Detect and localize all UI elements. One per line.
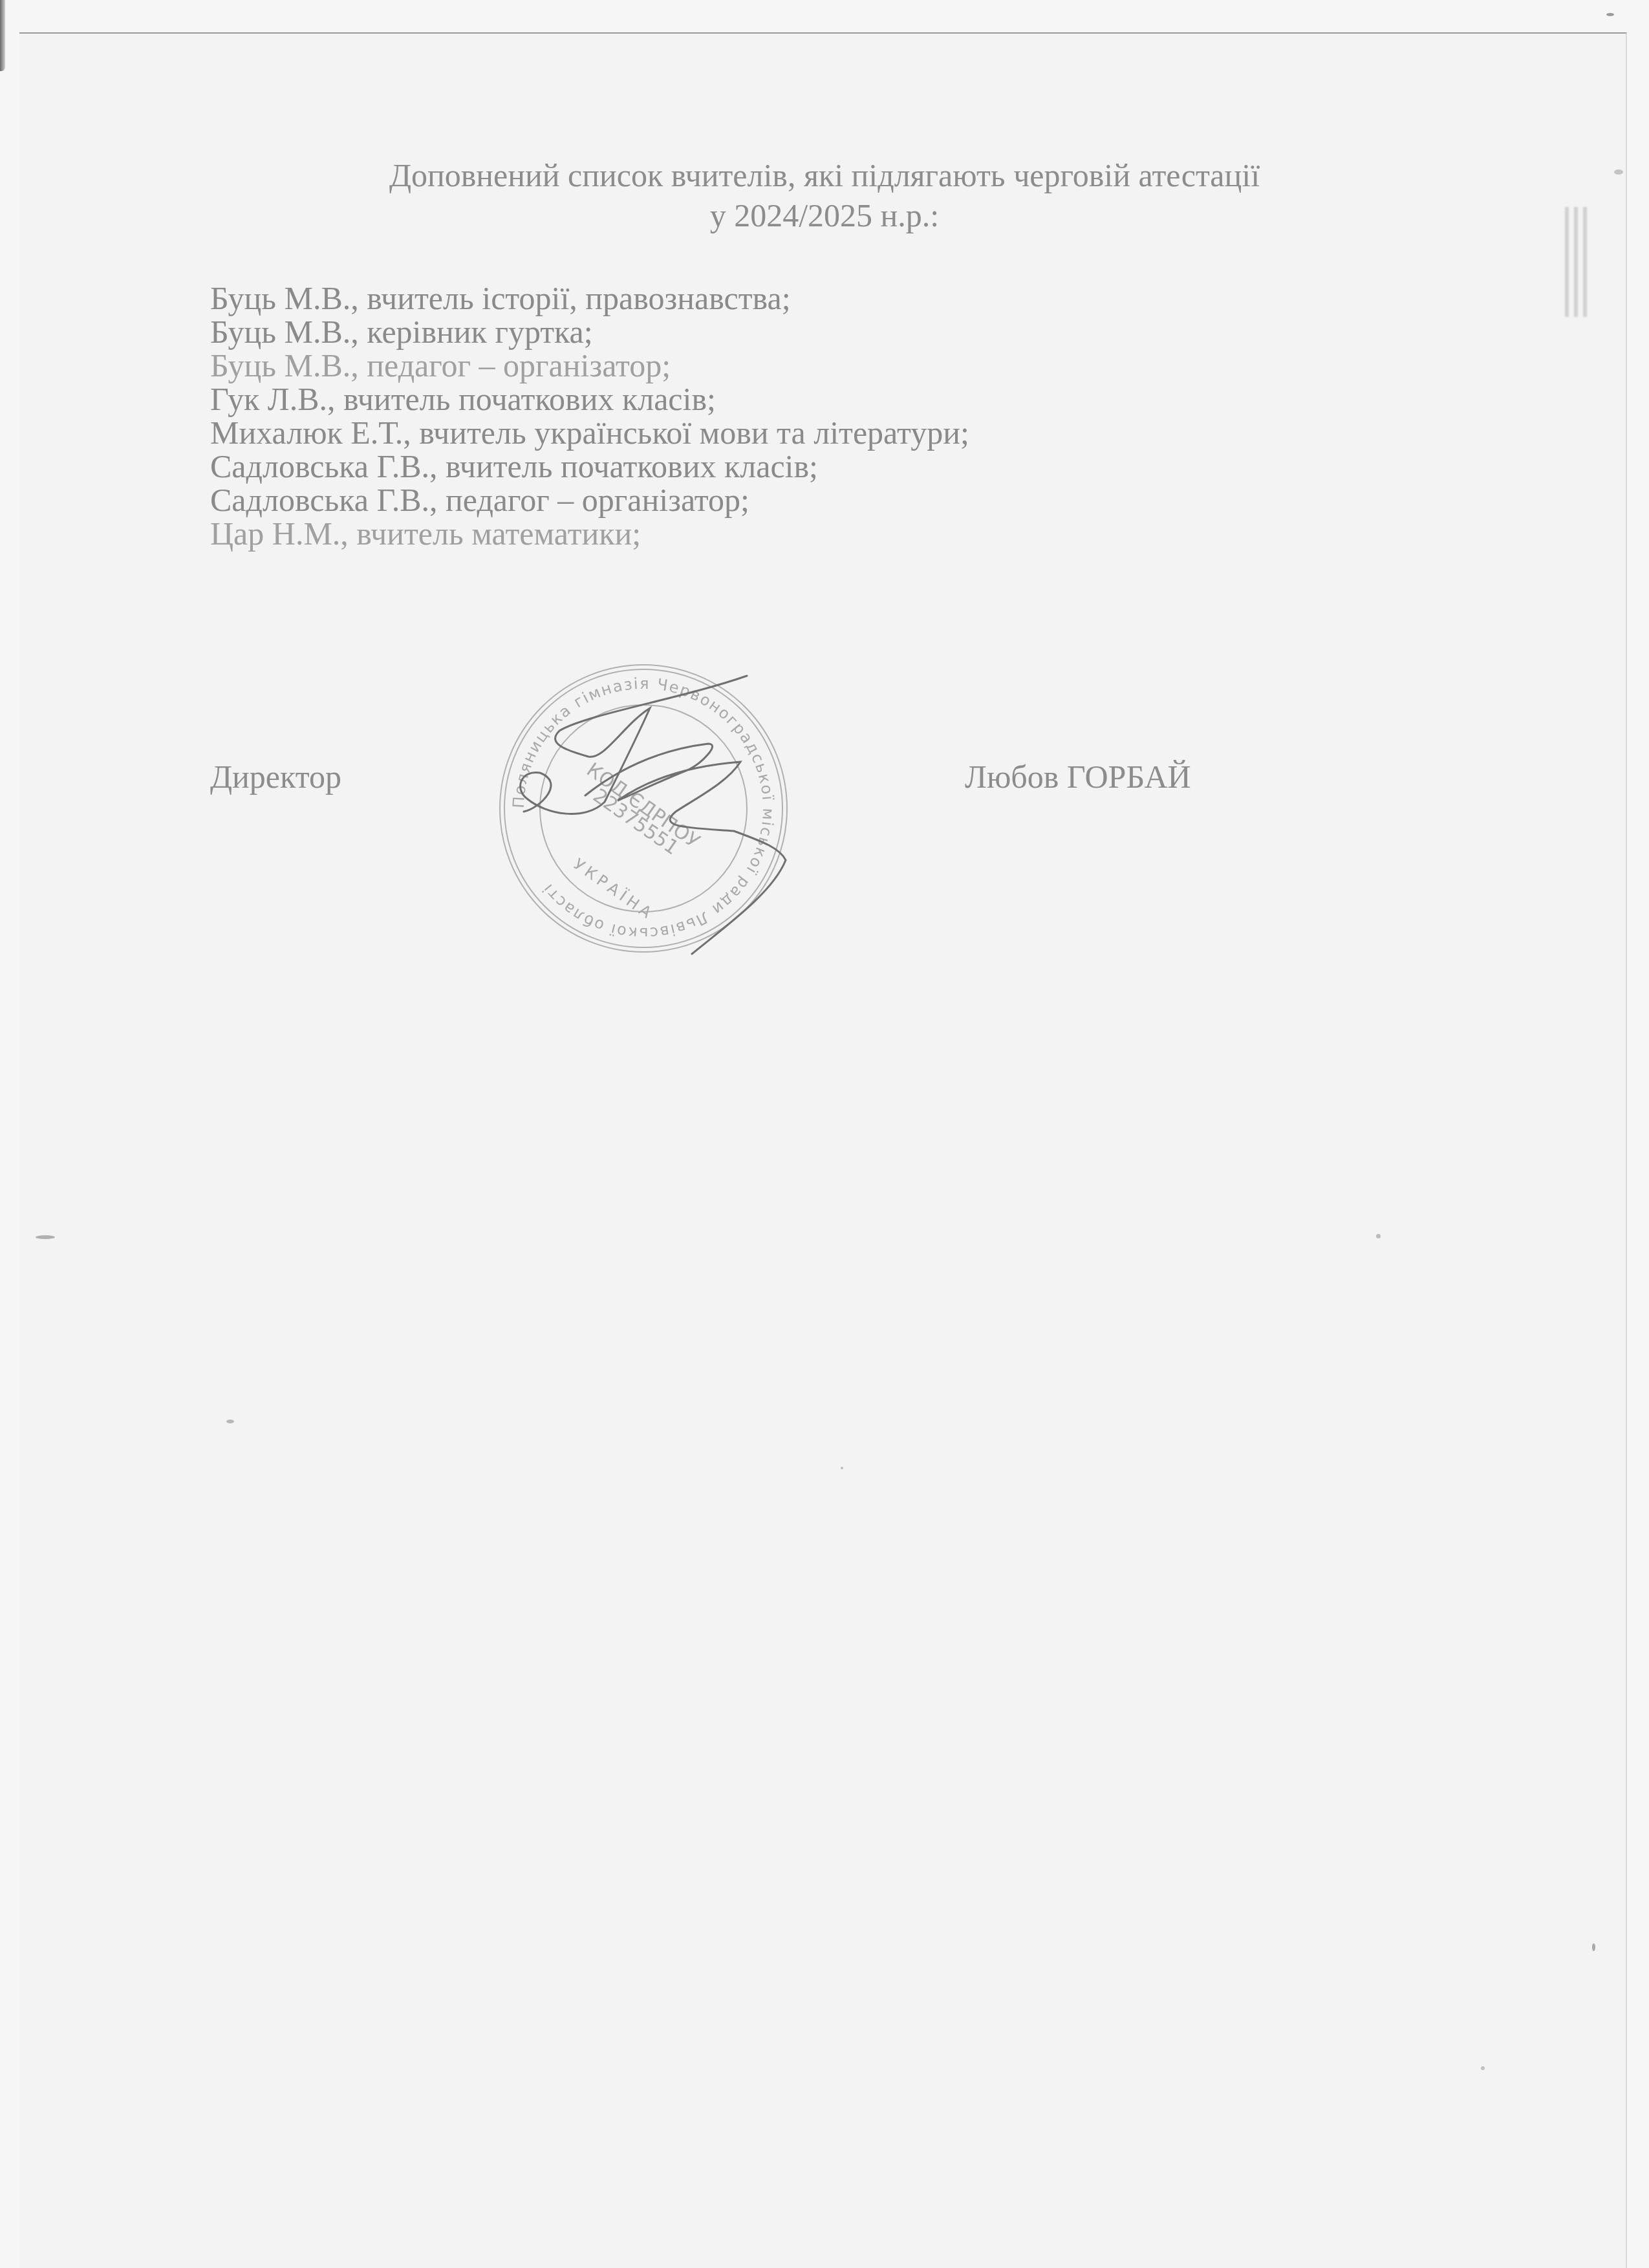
official-stamp: Поляницька гімназія Червоноградської міс… [488,653,799,964]
director-name: Любов ГОРБАЙ [965,757,1191,797]
teacher-list-item: Буць М.В., вчитель історії, правознавств… [210,281,969,315]
scan-speck [226,1420,234,1423]
teacher-list: Буць М.В., вчитель історії, правознавств… [210,281,969,550]
scan-speck [1592,1943,1595,1951]
document-subheading-year: у 2024/2025 н.р.: [0,195,1649,235]
scan-speck [1376,1234,1381,1238]
teacher-list-item: Садловська Г.В., педагог – організатор; [210,483,969,517]
scan-speck [36,1235,55,1239]
scan-speck [1481,2066,1485,2070]
document-heading: Доповнений список вчителів, які підлягаю… [0,155,1649,195]
teacher-list-item: Буць М.В., педагог – організатор; [210,349,969,382]
teacher-list-item: Михалюк Е.Т., вчитель української мови т… [210,416,969,449]
teacher-list-item: Буць М.В., керівник гуртка; [210,315,969,349]
director-title: Директор [210,757,341,797]
scan-speck [1614,169,1623,175]
teacher-list-item: Цар Н.М., вчитель математики; [210,517,969,550]
scan-speck [1606,13,1614,16]
pencil-mark [1565,207,1591,317]
teacher-list-item: Садловська Г.В., вчитель початкових клас… [210,449,969,483]
scan-edge-shadow [0,0,5,71]
scan-speck [841,1467,843,1469]
teacher-list-item: Гук Л.В., вчитель початкових класів; [210,382,969,416]
